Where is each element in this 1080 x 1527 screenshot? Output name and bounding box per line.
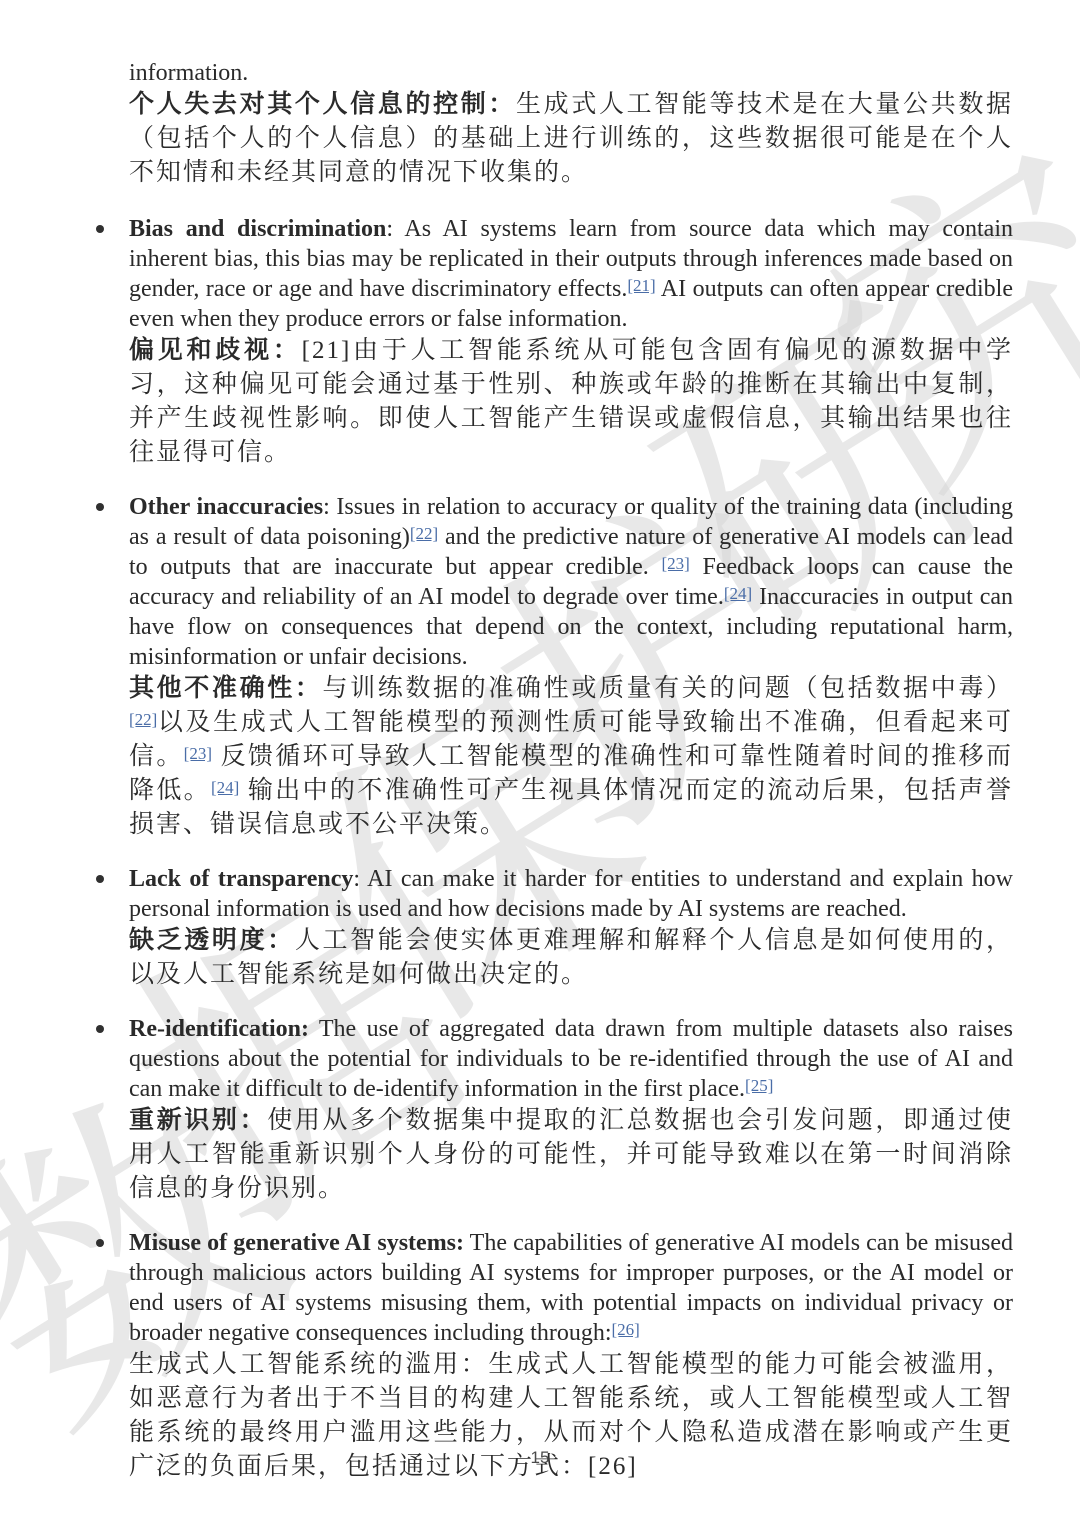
list-item-other-inaccuracies: Other inaccuracies: Issues in relation t… xyxy=(129,492,1013,842)
page-content: information. 个人失去对其个人信息的控制：生成式人工智能等技术是在大… xyxy=(129,58,1013,1506)
page-number: 15 xyxy=(0,1448,1080,1468)
footnote-link-23[interactable]: [23] xyxy=(661,554,689,573)
footnote-link-25[interactable]: [25] xyxy=(745,1076,773,1095)
bullet-heading-en: Bias and discrimination xyxy=(129,216,386,242)
intro-en-text: information. xyxy=(129,58,1013,88)
bullet-heading-zh: 缺乏透明度： xyxy=(129,927,295,954)
bullet-en-paragraph: Other inaccuracies: Issues in relation t… xyxy=(129,492,1013,672)
intro-zh-paragraph: 个人失去对其个人信息的控制：生成式人工智能等技术是在大量公共数据（包括个人的个人… xyxy=(129,88,1013,190)
intro-paragraph: information. 个人失去对其个人信息的控制：生成式人工智能等技术是在大… xyxy=(129,58,1013,190)
footnote-link-24[interactable]: [24] xyxy=(724,584,752,603)
bullet-heading-zh: 重新识别： xyxy=(129,1107,267,1134)
bullet-heading-en: Other inaccuracies xyxy=(129,494,323,520)
footnote-link-22-zh[interactable]: [22] xyxy=(129,710,157,729)
bullet-heading-zh: 偏见和歧视： xyxy=(129,337,302,364)
document-page: 数 据 保 护 研 究 information. 个人失去对其个人信息的控制：生… xyxy=(0,0,1080,1527)
bullet-marker xyxy=(96,1239,104,1247)
bullet-en-paragraph: Lack of transparency: AI can make it har… xyxy=(129,864,1013,924)
footnote-link-22[interactable]: [22] xyxy=(410,524,438,543)
bullet-zh-paragraph: 重新识别：使用从多个数据集中提取的汇总数据也会引发问题，即通过使用人工智能重新识… xyxy=(129,1104,1013,1206)
bullet-en-paragraph: Re-identification: The use of aggregated… xyxy=(129,1014,1013,1104)
bullet-marker xyxy=(96,225,104,233)
bullet-zh-paragraph: 偏见和歧视：[21]由于人工智能系统从可能包含固有偏见的源数据中学习，这种偏见可… xyxy=(129,334,1013,470)
bullet-heading-en: Lack of transparency xyxy=(129,866,353,892)
bullet-marker xyxy=(96,1025,104,1033)
list-item-misuse-of-generative-ai: Misuse of generative AI systems: The cap… xyxy=(129,1228,1013,1484)
list-item-bias-and-discrimination: Bias and discrimination: As AI systems l… xyxy=(129,214,1013,470)
bullet-heading-en: Misuse of generative AI systems: xyxy=(129,1230,464,1256)
list-item-re-identification: Re-identification: The use of aggregated… xyxy=(129,1014,1013,1206)
bullet-en-paragraph: Bias and discrimination: As AI systems l… xyxy=(129,214,1013,334)
risk-list: Bias and discrimination: As AI systems l… xyxy=(129,214,1013,1484)
bullet-heading-en: Re-identification: xyxy=(129,1016,309,1042)
footnote-link-26[interactable]: [26] xyxy=(612,1320,640,1339)
list-item-lack-of-transparency: Lack of transparency: AI can make it har… xyxy=(129,864,1013,992)
footnote-link-24-zh[interactable]: [24] xyxy=(211,778,239,797)
footnote-link-23-zh[interactable]: [23] xyxy=(184,744,212,763)
bullet-marker xyxy=(96,503,104,511)
bullet-zh-paragraph: 其他不准确性：与训练数据的准确性或质量有关的问题（包括数据中毒）[22]以及生成… xyxy=(129,672,1013,842)
bullet-marker xyxy=(96,875,104,883)
bullet-en-paragraph: Misuse of generative AI systems: The cap… xyxy=(129,1228,1013,1348)
footnote-link-21[interactable]: [21] xyxy=(627,276,655,295)
intro-zh-heading: 个人失去对其个人信息的控制： xyxy=(129,91,516,118)
bullet-zh-text: 输出中的不准确性可产生视具体情况而定的流动后果，包括声誉损害、错误信息或不公平决… xyxy=(129,777,1013,838)
bullet-zh-paragraph: 缺乏透明度：人工智能会使实体更难理解和解释个人信息是如何使用的，以及人工智能系统… xyxy=(129,924,1013,992)
bullet-heading-zh: 其他不准确性： xyxy=(129,675,323,702)
bullet-zh-text: 与训练数据的准确性或质量有关的问题（包括数据中毒） xyxy=(323,675,1013,702)
